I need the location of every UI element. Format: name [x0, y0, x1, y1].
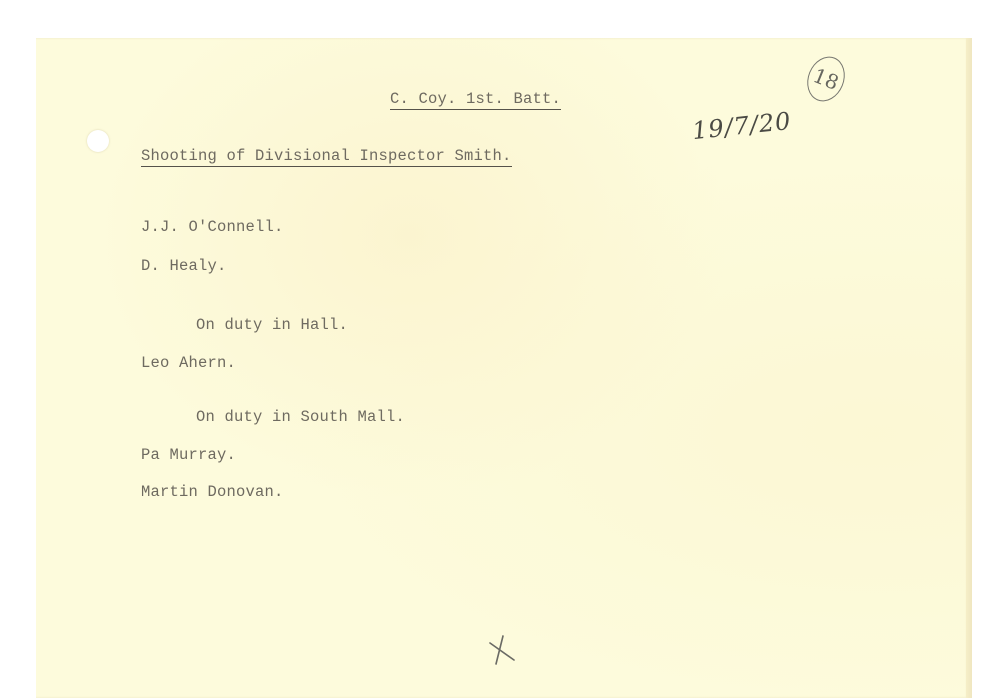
handwritten-date: 19/7/20: [691, 107, 793, 145]
page-edge: [966, 38, 972, 698]
list-item: D. Healy.: [141, 257, 227, 275]
page-number-circled: 18: [801, 51, 852, 107]
list-item: Martin Donovan.: [141, 483, 284, 501]
section-note: On duty in South Mall.: [196, 408, 405, 426]
document-page: C. Coy. 1st. Batt. Shooting of Divisiona…: [36, 38, 970, 698]
hole-punch: [87, 130, 109, 152]
list-item: Leo Ahern.: [141, 354, 236, 372]
page-number-text: 18: [810, 63, 843, 95]
document-heading: C. Coy. 1st. Batt.: [390, 90, 561, 110]
list-item: Pa Murray.: [141, 446, 236, 464]
cross-mark-icon: [488, 630, 528, 670]
section-note: On duty in Hall.: [196, 316, 348, 334]
document-subject: Shooting of Divisional Inspector Smith.: [141, 147, 512, 167]
list-item: J.J. O'Connell.: [141, 218, 284, 236]
